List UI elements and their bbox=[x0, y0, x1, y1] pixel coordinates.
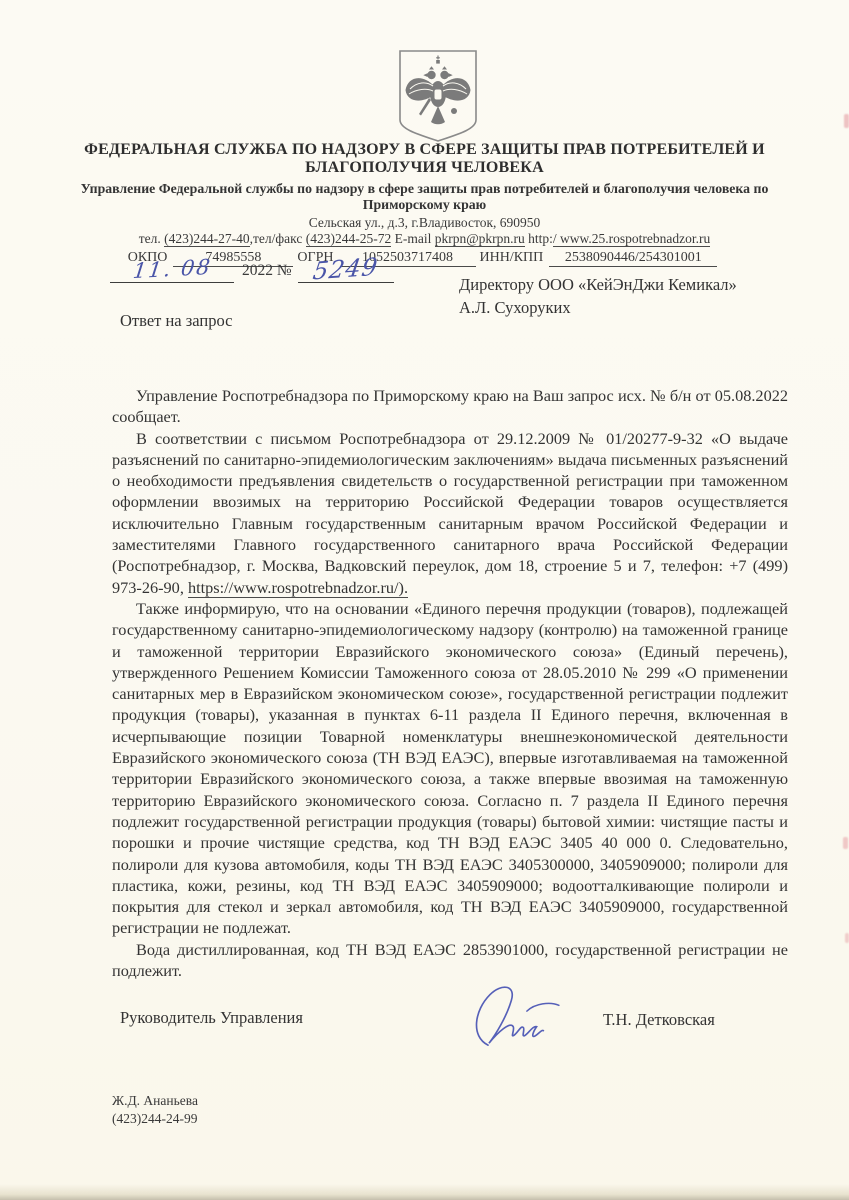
paragraph-3: Также информирую, что на основании «Един… bbox=[112, 598, 788, 939]
http-label: http: bbox=[525, 231, 553, 246]
fax-number: (423)244-25-72 bbox=[306, 231, 391, 247]
org-address: Сельская ул., д.3, г.Владивосток, 690950 bbox=[70, 215, 780, 230]
scan-artifact bbox=[845, 933, 849, 943]
letterhead: ФЕДЕРАЛЬНАЯ СЛУЖБА ПО НАДЗОРУ В СФЕРЕ ЗА… bbox=[70, 141, 780, 267]
scan-artifact bbox=[843, 837, 848, 849]
tel-label: тел. bbox=[139, 231, 164, 246]
phone-number: (423)244-27-40 bbox=[164, 231, 249, 247]
signature-icon bbox=[466, 983, 578, 1051]
innkpp-value: 2538090446/254301001 bbox=[549, 249, 717, 267]
date-handwritten: 11. 08 bbox=[131, 254, 213, 284]
signer-name: Т.Н. Детковская bbox=[603, 1010, 715, 1030]
executor-name: Ж.Д. Ананьева bbox=[112, 1092, 198, 1110]
ref-line: 11. 082022 №5249 bbox=[110, 256, 394, 290]
number-handwritten: 5249 bbox=[311, 254, 380, 285]
signer-role: Руководитель Управления bbox=[120, 1008, 303, 1028]
org-contacts: тел. (423)244-27-40,тел/факс (423)244-25… bbox=[70, 231, 780, 247]
letter-body: Управление Роспотребнадзора по Приморско… bbox=[112, 385, 788, 981]
innkpp-label: ИНН/КПП bbox=[480, 250, 544, 265]
paragraph-2-text: В соответствии с письмом Роспотребнадзор… bbox=[112, 429, 788, 597]
paragraph-2: В соответствии с письмом Роспотребнадзор… bbox=[112, 428, 788, 598]
rospotrebnadzor-url: https://www.rospotrebnadzor.ru/). bbox=[188, 578, 408, 598]
website-url: / www.25.rospotrebnadzor.ru bbox=[553, 231, 710, 247]
coat-of-arms-icon bbox=[393, 48, 483, 144]
email-label: E-mail bbox=[391, 231, 435, 246]
org-title: ФЕДЕРАЛЬНАЯ СЛУЖБА ПО НАДЗОРУ В СФЕРЕ ЗА… bbox=[70, 141, 780, 177]
email-address: pkrpn@pkrpn.ru bbox=[435, 231, 525, 247]
fax-label: ,тел/факс bbox=[250, 231, 306, 246]
subject-line: Ответ на запрос bbox=[120, 311, 232, 331]
scan-artifact bbox=[844, 114, 849, 128]
recipient-line1: Директору ООО «КейЭнДжи Кемикал» bbox=[459, 274, 737, 297]
recipient-block: Директору ООО «КейЭнДжи Кемикал» А.Л. Су… bbox=[459, 274, 737, 319]
scanned-letter-page: ФЕДЕРАЛЬНАЯ СЛУЖБА ПО НАДЗОРУ В СФЕРЕ ЗА… bbox=[0, 0, 849, 1200]
date-field: 11. 08 bbox=[110, 256, 234, 283]
org-subtitle: Управление Федеральной службы по надзору… bbox=[70, 181, 780, 213]
number-field: 5249 bbox=[298, 256, 394, 283]
executor-phone: (423)244-24-99 bbox=[112, 1110, 198, 1128]
executor-block: Ж.Д. Ананьева (423)244-24-99 bbox=[112, 1092, 198, 1128]
paragraph-1: Управление Роспотребнадзора по Приморско… bbox=[112, 385, 788, 428]
year-number-label: 2022 № bbox=[242, 259, 292, 283]
paragraph-4: Вода дистиллированная, код ТН ВЭД ЕАЭС 2… bbox=[112, 939, 788, 982]
recipient-line2: А.Л. Сухоруких bbox=[459, 297, 737, 320]
